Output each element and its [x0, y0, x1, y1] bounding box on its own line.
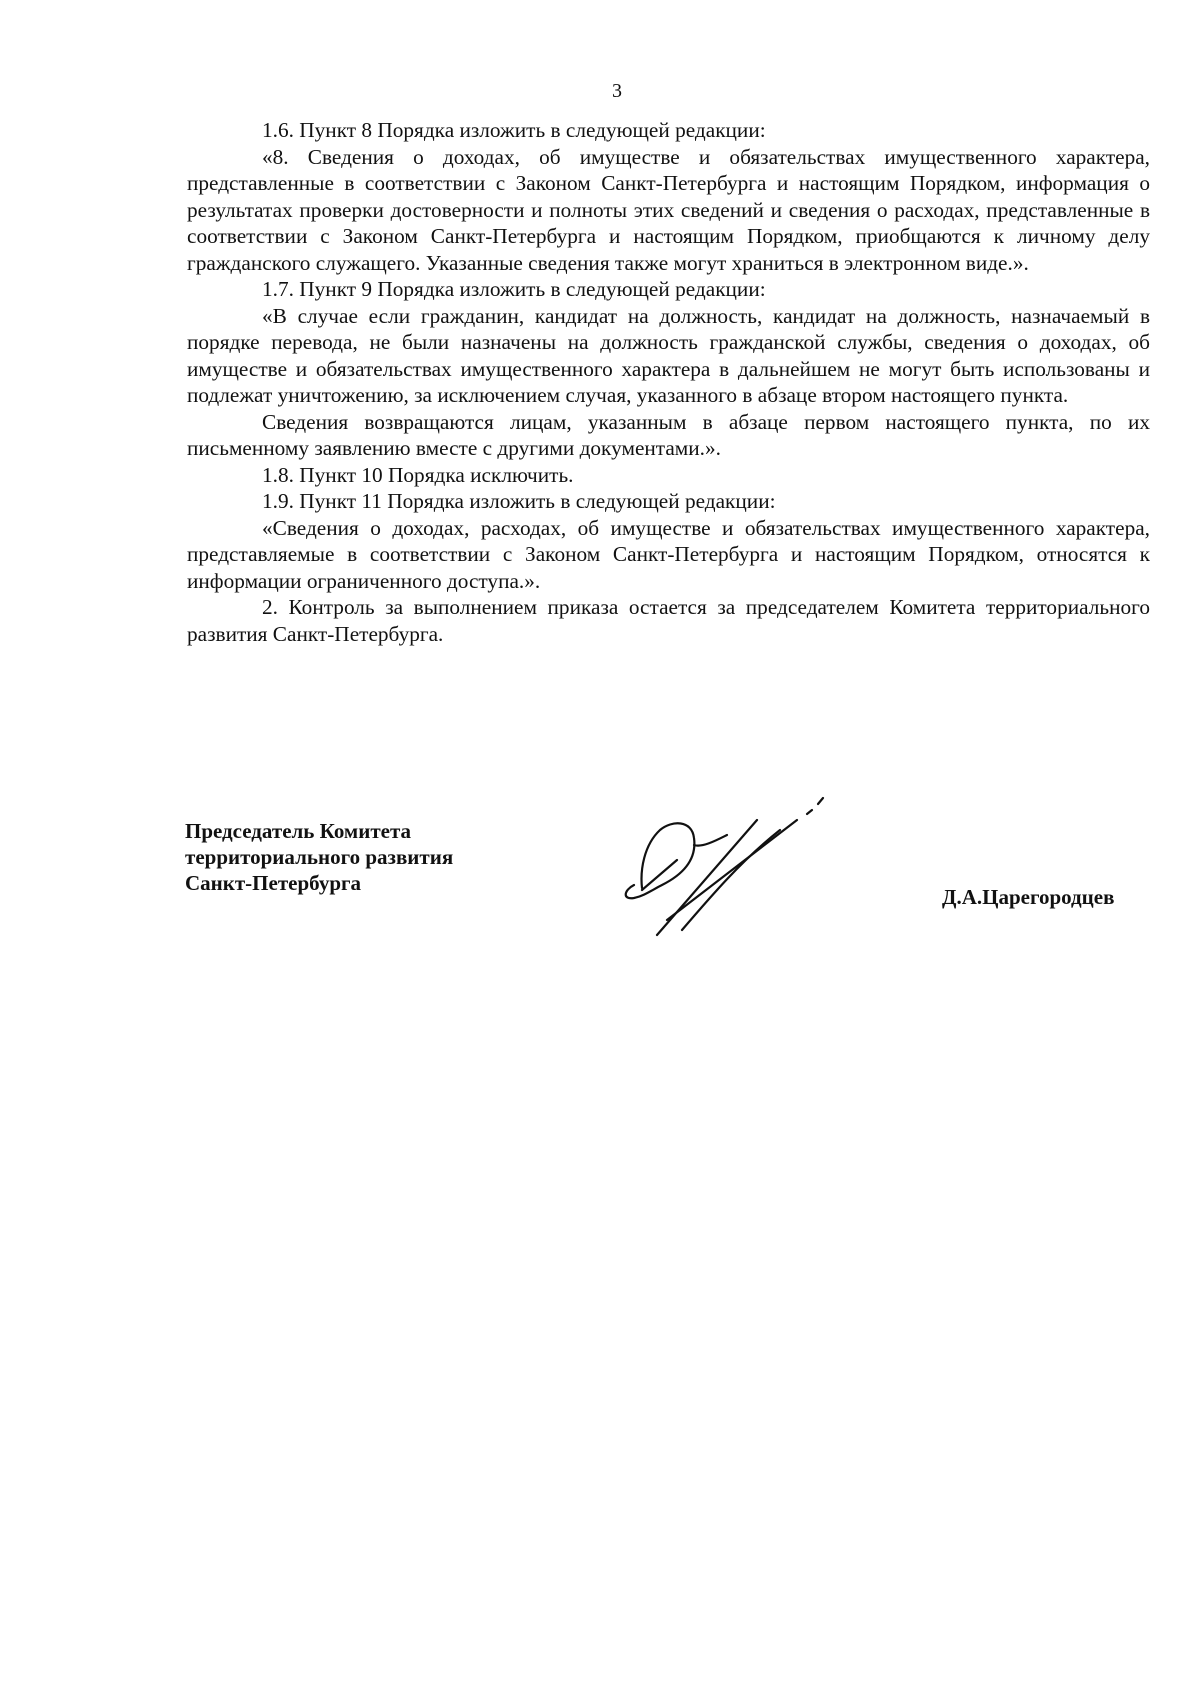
position-line: территориального развития [185, 844, 453, 870]
paragraph-point-9-text: «В случае если гражданин, кандидат на до… [187, 303, 1150, 409]
paragraph-1-7-heading: 1.7. Пункт 9 Порядка изложить в следующе… [187, 276, 1150, 303]
document-body: 1.6. Пункт 8 Порядка изложить в следующе… [187, 117, 1150, 647]
signer-name: Д.А.Царегородцев [942, 885, 1114, 910]
paragraph-1-8: 1.8. Пункт 10 Порядка исключить. [187, 462, 1150, 489]
page-number: 3 [0, 80, 1200, 103]
handwritten-signature-icon [622, 790, 852, 940]
paragraph-1-9-heading: 1.9. Пункт 11 Порядка изложить в следующ… [187, 488, 1150, 515]
paragraph-point-8-text: «8. Сведения о доходах, об имуществе и о… [187, 144, 1150, 277]
paragraph-point-9-second: Сведения возвращаются лицам, указанным в… [187, 409, 1150, 462]
paragraph-point-11-text: «Сведения о доходах, расходах, об имущес… [187, 515, 1150, 595]
position-line: Председатель Комитета [185, 818, 453, 844]
paragraph-2-control: 2. Контроль за выполнением приказа остае… [187, 594, 1150, 647]
signatory-position: Председатель Комитета территориального р… [185, 818, 453, 896]
paragraph-1-6-heading: 1.6. Пункт 8 Порядка изложить в следующе… [187, 117, 1150, 144]
position-line: Санкт-Петербурга [185, 870, 453, 896]
